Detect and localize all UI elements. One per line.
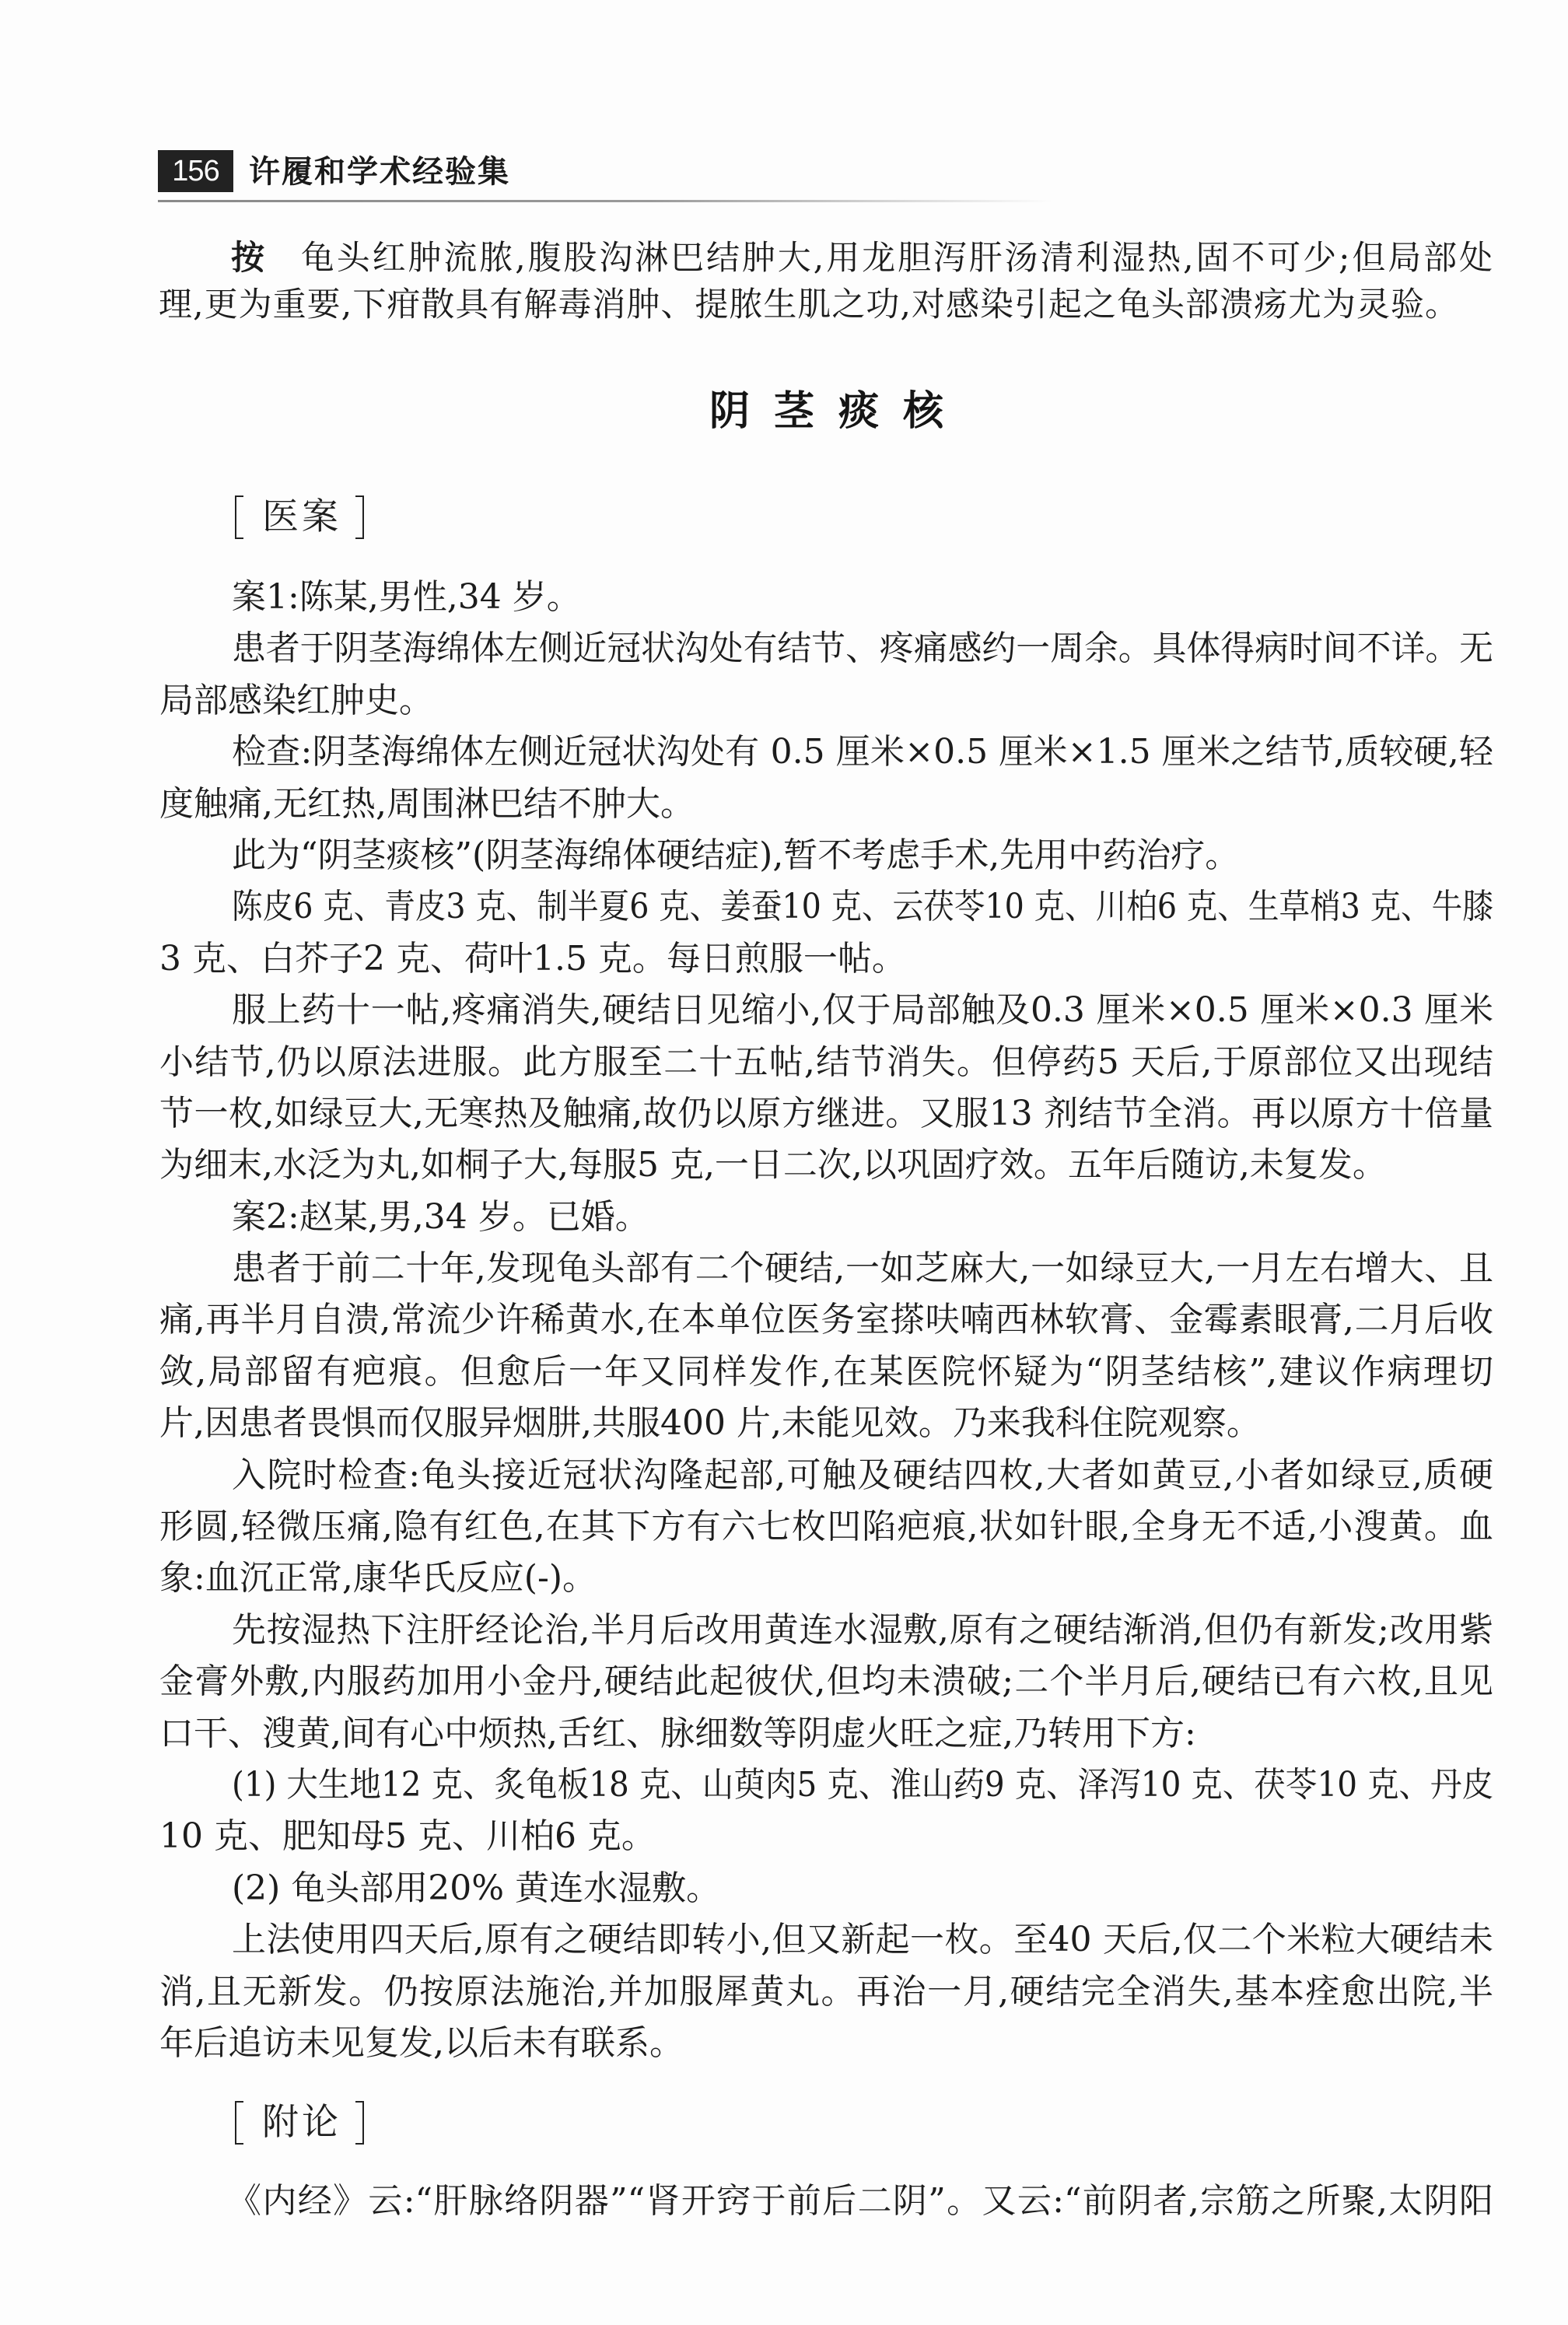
paragraph: 服上药十一帖,疼痛消失,硬结日见缩小,仅于局部触及0.3 厘米×0.5 厘米×0… [159, 985, 1493, 1192]
paragraph: 入院时检查:龟头接近冠状沟隆起部,可触及硬结四枚,大者如黄豆,小者如绿豆,质硬 … [159, 1450, 1493, 1605]
text-line: 《内经》云:“肝脉络阴器”“肾开窍于前后二阴”。又云:“前阴者,宗筋之所聚,太阴… [227, 2176, 1493, 2227]
paragraph: 患者于前二十年,发现龟头部有二个硬结,一如芝麻大,一如绿豆大,一月左右增大、且 … [159, 1243, 1493, 1450]
text-line: 按龟头红肿流脓,腹股沟淋巴结肿大,用龙胆泻肝汤清利湿热,固不可少;但局部处 [231, 235, 1493, 282]
page-number-badge: 156 [158, 150, 233, 192]
text-line: 陈皮6 克、青皮3 克、制半夏6 克、姜蚕10 克、云茯苓10 克、川柏6 克、… [232, 881, 1367, 933]
text-line: 3 克、白芥子2 克、荷叶1.5 克。每日煎服一帖。 [159, 933, 1493, 985]
case-records-body: 案1:陈某,男性,34 岁。 患者于阴茎海绵体左侧近冠状沟处有结节、疼痛感约一周… [159, 572, 1493, 2069]
text-line: 案2:赵某,男,34 岁。已婚。 [232, 1192, 1493, 1243]
text-line: 金膏外敷,内服药加用小金丹,硬结此起彼伏,但均未溃破;二个半月后,硬结已有六枚,… [159, 1656, 1493, 1707]
paragraph: 先按湿热下注肝经论治,半月后改用黄连水湿敷,原有之硬结渐消,但仍有新发;改用紫 … [159, 1605, 1493, 1760]
appendix-body: 《内经》云:“肝脉络阴器”“肾开窍于前后二阴”。又云:“前阴者,宗筋之所聚,太阴… [159, 2176, 1493, 2227]
text-line-content: 龟头红肿流脓,腹股沟淋巴结肿大,用龙胆泻肝汤清利湿热,固不可少;但局部处 [301, 239, 1493, 278]
case-records-heading: 医案 [235, 496, 364, 538]
paragraph: (2) 龟头部用20% 黄连水湿敷。 [159, 1863, 1493, 1914]
text-line: 此为“阴茎痰核”(阴茎海绵体硬结症),暂不考虑手术,先用中药治疗。 [232, 830, 1493, 881]
paragraph: 上法使用四天后,原有之硬结即转小,但又新起一枚。至40 天后,仅二个米粒大硬结未… [159, 1914, 1493, 2069]
text-line: 口干、溲黄,间有心中烦热,舌红、脉细数等阴虚火旺之症,乃转用下方: [159, 1708, 1493, 1760]
heading-bracket-left [235, 495, 243, 539]
text-line: 患者于阴茎海绵体左侧近冠状沟处有结节、疼痛感约一周余。具体得病时间不详。无 [232, 623, 1489, 674]
text-line: 节一枚,如绿豆大,无寒热及触痛,故仍以原方继进。又服13 剂结节全消。再以原方十… [159, 1088, 1493, 1140]
text-line: 形圆,轻微压痛,隐有红色,在其下方有六七枚凹陷疤痕,状如针眼,全身无不适,小溲黄… [159, 1501, 1493, 1553]
note-paragraph: 按龟头红肿流脓,腹股沟淋巴结肿大,用龙胆泻肝汤清利湿热,固不可少;但局部处 理,… [159, 235, 1493, 328]
text-line: 先按湿热下注肝经论治,半月后改用黄连水湿敷,原有之硬结渐消,但仍有新发;改用紫 [232, 1605, 1493, 1656]
text-line: 案1:陈某,男性,34 岁。 [232, 572, 1493, 623]
text-line: 理,更为重要,下疳散具有解毒消肿、提脓生肌之功,对感染引起之龟头部溃疡尤为灵验。 [159, 282, 1493, 328]
text-line: (2) 龟头部用20% 黄连水湿敷。 [232, 1863, 1493, 1914]
text-line: 象:血沉正常,康华氏反应(-)。 [159, 1553, 1493, 1604]
text-line: 局部感染红肿史。 [159, 675, 1493, 727]
book-page: 156 许履和学术经验集 按龟头红肿流脓,腹股沟淋巴结肿大,用龙胆泻肝汤清利湿热… [0, 0, 1568, 2325]
text-line: 服上药十一帖,疼痛消失,硬结日见缩小,仅于局部触及0.3 厘米×0.5 厘米×0… [232, 985, 1493, 1036]
paragraph: 检查:阴茎海绵体左侧近冠状沟处有 0.5 厘米×0.5 厘米×1.5 厘米之结节… [159, 727, 1493, 830]
heading-bracket-right [355, 495, 364, 539]
header-rule [158, 200, 1052, 202]
text-line: 痛,再半月自溃,常流少许稀黄水,在本单位医务室搽呋喃西林软膏、金霉素眼膏,二月后… [159, 1294, 1493, 1346]
text-line: 片,因患者畏惧而仅服异烟肼,共服400 片,未能见效。乃来我科住院观察。 [159, 1398, 1493, 1449]
paragraph-case1-intro: 案1:陈某,男性,34 岁。 [159, 572, 1493, 623]
text-line: 年后追访未见复发,以后未有联系。 [159, 2018, 1493, 2069]
paragraph: 患者于阴茎海绵体左侧近冠状沟处有结节、疼痛感约一周余。具体得病时间不详。无 局部… [159, 623, 1493, 727]
appendix-heading: 附论 [235, 2102, 364, 2144]
heading-bracket-right [355, 2101, 364, 2145]
text-line: 度触痛,无红热,周围淋巴结不肿大。 [159, 779, 1493, 830]
text-line: 小结节,仍以原法进服。此方服至二十五帖,结节消失。但停药5 天后,于原部位又出现… [159, 1037, 1493, 1088]
heading-bracket-left [235, 2101, 243, 2145]
running-title: 许履和学术经验集 [249, 152, 510, 191]
text-line: 患者于前二十年,发现龟头部有二个硬结,一如芝麻大,一如绿豆大,一月左右增大、且 [232, 1243, 1493, 1294]
text-line: 入院时检查:龟头接近冠状沟隆起部,可触及硬结四枚,大者如黄豆,小者如绿豆,质硬 [232, 1450, 1493, 1501]
text-line: 10 克、肥知母5 克、川柏6 克。 [159, 1811, 1493, 1862]
text-line: 检查:阴茎海绵体左侧近冠状沟处有 0.5 厘米×0.5 厘米×1.5 厘米之结节… [232, 727, 1493, 778]
paragraph-prescription: (1) 大生地12 克、炙龟板18 克、山萸肉5 克、淮山药9 克、泽泻10 克… [159, 1760, 1493, 1863]
paragraph-case2-intro: 案2:赵某,男,34 岁。已婚。 [159, 1192, 1493, 1243]
text-line: 敛,局部留有疤痕。但愈后一年又同样发作,在某医院怀疑为“阴茎结核”,建议作病理切 [159, 1346, 1493, 1398]
text-line: (1) 大生地12 克、炙龟板18 克、山萸肉5 克、淮山药9 克、泽泻10 克… [232, 1760, 1395, 1811]
text-line: 上法使用四天后,原有之硬结即转小,但又新起一枚。至40 天后,仅二个米粒大硬结未 [232, 1914, 1493, 1966]
paragraph-prescription: 陈皮6 克、青皮3 克、制半夏6 克、姜蚕10 克、云茯苓10 克、川柏6 克、… [159, 881, 1493, 985]
heading-text: 附论 [243, 2102, 355, 2144]
text-line: 为细末,水泛为丸,如桐子大,每服5 克,一日二次,以巩固疗效。五年后随访,未复发… [159, 1140, 1493, 1191]
heading-text: 医案 [243, 496, 355, 538]
text-line: 消,且无新发。仍按原法施治,并加服犀黄丸。再治一月,硬结完全消失,基本痊愈出院,… [159, 1966, 1493, 2018]
note-label: 按 [231, 239, 267, 278]
section-title: 阴茎痰核 [159, 384, 1493, 439]
paragraph: 此为“阴茎痰核”(阴茎海绵体硬结症),暂不考虑手术,先用中药治疗。 [159, 830, 1493, 881]
